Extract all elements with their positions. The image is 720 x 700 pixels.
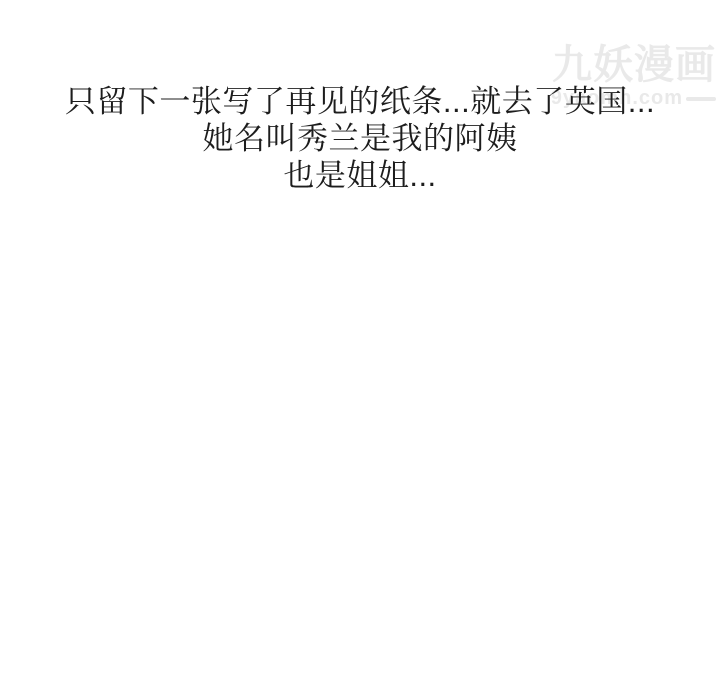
caption-line-3: 也是姐姐... — [0, 157, 720, 194]
caption-line-2: 她名叫秀兰是我的阿姨 — [0, 120, 720, 157]
comic-page-background: 九妖漫画 9yaomh.com 只留下一张写了再见的纸条...就去了英国... … — [0, 0, 720, 700]
caption-line-1: 只留下一张写了再见的纸条...就去了英国... — [0, 83, 720, 120]
narration-caption: 只留下一张写了再见的纸条...就去了英国... 她名叫秀兰是我的阿姨 也是姐姐.… — [0, 83, 720, 194]
watermark-brand-text: 九妖漫画 — [552, 44, 716, 86]
